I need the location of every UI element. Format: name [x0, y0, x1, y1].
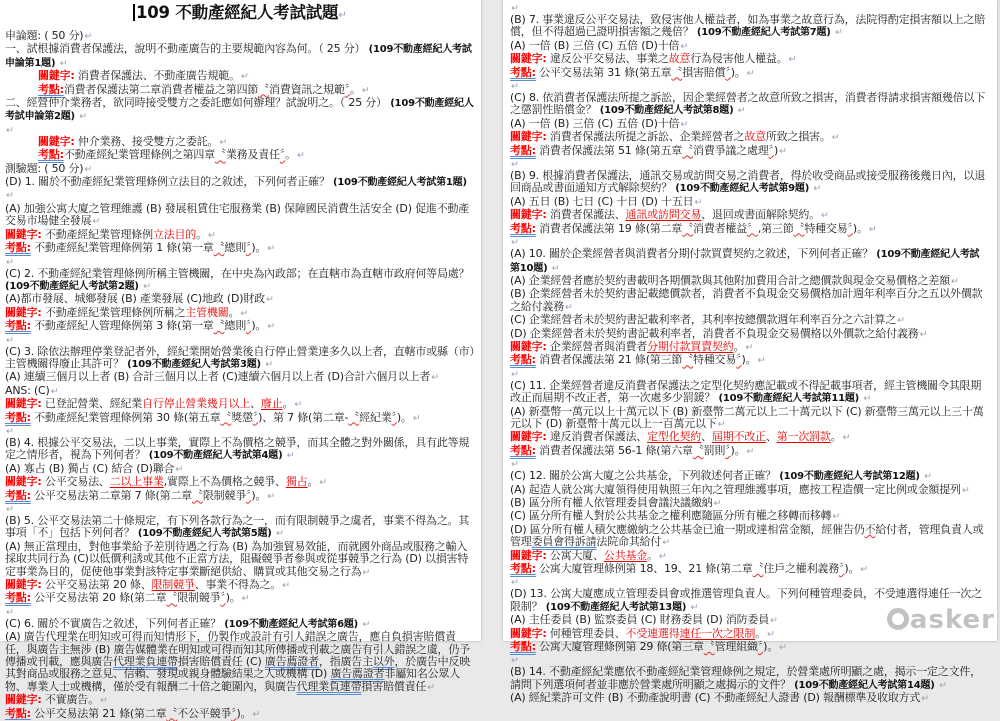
text-segment: 不動產經紀人管理條例第 3 條(第一章 [31, 319, 214, 332]
keyword-label: 關鍵字: [5, 306, 42, 319]
paragraph: 考點: 公寓大廈管理條例第 18、19、21 條(第二章〝住戶之權利義務〞)。 [510, 563, 987, 576]
paragraph: 考點: 不動產經紀業管理條例第 30 條(第五章〝獎懲〞)、第 7 條(第二章-… [5, 412, 475, 425]
exam-point-label: 考點: [510, 353, 536, 366]
text-segment: 法院命其給付 [596, 535, 661, 548]
paragraph: (B) 4. 根據公平交易法，二以上事業，實際上不為價格之競爭，而其全體之對外關… [5, 437, 475, 463]
text-segment: 不動產經紀業管理條例 [42, 228, 153, 241]
keyword-label: 關鍵字: [5, 397, 42, 410]
text-segment: (A) 一倍 (B) 三倍 (C) 五倍 (D)十倍 [510, 39, 679, 52]
text-segment: 、 [250, 397, 261, 410]
text-segment: 二、經營仲介業務者，欲同時接受雙方之委託應如何辦理？試說明之。（ 25 分） [5, 96, 390, 109]
highlight-red-underline: 廢止 [261, 397, 283, 410]
paragraph: 二、經營仲介業務者，欲同時接受雙方之委託應如何辦理？試說明之。（ 25 分） (… [5, 97, 475, 124]
text-segment: (C) 12. 關於公寓大廈之公共基金，下列敘述何者正確？ [510, 469, 779, 482]
page-1-content: 109 不動產經紀人考試試題↵ 申論題: ( 50 分)一、試根據消費者保護法，… [0, 0, 481, 635]
paragraph: 考點:不動產經紀業管理條例之第四章〝業務及責任〞。 [5, 149, 475, 162]
paragraph: 考點: 公平交易法第 20 條(第二章〝限制競爭〞)。 [5, 592, 475, 605]
text-segment: ,第三節 [758, 222, 794, 235]
wavy-proof-mark: 〝 [166, 591, 177, 604]
text-segment: 消費爭議之處理 [693, 144, 769, 157]
text-segment: )。 [844, 562, 859, 575]
wavy-proof-mark: 〝 [258, 83, 269, 96]
highlight-red-underline: 連任一次之限制 [680, 627, 756, 635]
text-segment: ) [774, 144, 778, 157]
text-segment [548, 261, 551, 274]
exam-reference: (109不動產經紀人考試第6題) [224, 619, 358, 630]
paragraph: (D) 1. 關於不動產經紀業管理條例立法目的之敘述，下列何者正確？ (109不… [5, 176, 475, 203]
text-segment: 不動產經紀業管理條例所稱之 [42, 306, 186, 319]
exam-point-label: 考點: [510, 222, 536, 235]
paragraph: 考點: 不動產經紀人管理條例第 3 條(第一章〝總則〞)。 [5, 320, 475, 333]
paragraph: 考點: 消費者保護法第 51 條(第五章〝消費爭議之處理〞) [510, 145, 987, 158]
text-segment: 公平交易法第 31 條(第五章 [536, 66, 672, 79]
paragraph: (A) 加強公寓大廈之管理維護 (B) 發展租賃住宅服務業 (B) 保障國民消費… [5, 203, 475, 229]
text-segment: 所致之損害。 [766, 130, 831, 143]
text-segment [686, 600, 689, 613]
wavy-proof-mark: 〝 [682, 222, 693, 235]
text-segment: 限制競爭 [177, 591, 220, 604]
exam-point-label: 考點: [5, 591, 31, 604]
text-segment: 消費者保護法第 21 條(第三節 [536, 353, 682, 366]
text-segment: 一、試根據消費者保護法，說明不動產廣告的主要規範內容為何。（ 25 分） [5, 42, 369, 55]
paragraph: (A) 新臺幣一萬元以上十萬元以下 (B) 新臺幣二萬元以上二十萬元以下 (C)… [510, 406, 987, 432]
page-2-content: (B) 7. 事業違反公平交易法，致侵害他人權益者，如為事業之故意行為，法院得酌… [503, 0, 997, 635]
wavy-proof-mark: 〝 [214, 319, 225, 332]
paragraph: (A)都市發展、城鄉發展 (B) 產業發展 (C)地政 (D)財政 [5, 293, 475, 306]
exam-point-label: 考點: [5, 319, 31, 332]
wavy-proof-mark: 〝 [753, 562, 764, 575]
text-segment: 何種管理委員、 [547, 627, 626, 635]
text-segment: (A) 連續三個月以上者 (B) 合計三個月以上者 (C)連續六個月以上者 (D… [5, 370, 430, 383]
page-2-paragraphs: (B) 7. 事業違反公平交易法，致侵害他人權益者，如為事業之故意行為，法院得酌… [510, 2, 987, 635]
tasker-watermark-text: asker [910, 605, 995, 635]
exam-point-label: 考點: [38, 148, 64, 161]
wavy-proof-mark: 〝 [215, 148, 226, 161]
text-segment [859, 391, 862, 404]
document-title-text: 109 不動產經紀人考試試題 [136, 3, 338, 22]
wavy-proof-mark: 〞 [747, 222, 758, 235]
text-segment: 消費者保護法第二章消費者權益之第四節 [64, 83, 258, 96]
paragraph: 關鍵字: 消費者保護法、通訊或訪問交易、退回或書面解除契約。 [510, 209, 987, 222]
paragraph: 關鍵字: 違反公平交易法、事業之故意行為侵害他人權益。 [510, 53, 987, 66]
text-segment [55, 56, 58, 69]
paragraph-mark: ↵ [338, 10, 346, 21]
text-segment: 總則 [224, 319, 246, 332]
text-segment: 。 [734, 340, 745, 353]
text-segment: 特種交易 [693, 353, 736, 366]
text-segment: 不動產經紀業管理條例第 30 條(第五章 [31, 411, 221, 424]
paragraph: (D) 區分所有權人積欠應繳納之公共基金已逾一期或達相當金額，經催告仍不給付者，… [510, 524, 987, 550]
paragraph: 考點: 不動產經紀業管理條例第 1 條(第一章〝總則〞)。 [5, 242, 475, 255]
tasker-logo-icon [887, 608, 909, 630]
keyword-label: 關鍵字: [510, 52, 547, 65]
text-segment: 。 [196, 228, 207, 241]
paragraph: (C) 8. 依消費者保護法所提之訴訟，因企業經營者之故意所致之損害，消費者得請… [510, 92, 987, 118]
wavy-proof-mark: 〝 [682, 144, 693, 157]
wavy-proof-mark: 〝 [693, 444, 704, 457]
document-page-2: (B) 7. 事業違反公平交易法，致侵害他人權益者，如為事業之故意行為，法院得酌… [503, 0, 997, 635]
paragraph: (B) 5. 公平交易法第二十條規定，有下列各款行為之一，而有限制競爭之虞者，事… [5, 515, 475, 541]
text-segment: )。 [731, 444, 746, 457]
keyword-label: 關鍵字: [38, 135, 75, 148]
text-segment: (A)都市發展、城鄉發展 (B) 產業發展 (C)地政 (D)財政 [5, 292, 265, 305]
keyword-label: 關鍵字: [38, 69, 75, 82]
text-segment [920, 469, 923, 482]
highlight-red-underline: 獨占 [286, 475, 308, 488]
keyword-label: 關鍵字: [5, 578, 42, 591]
wavy-proof-mark: 〝 [214, 241, 225, 254]
wavy-proof-mark: 〝 [192, 489, 203, 502]
text-segment: 損害賠償 [682, 66, 725, 79]
text-segment [282, 448, 285, 461]
text-segment: )。 [251, 241, 266, 254]
text-segment: 消費者保護法、不動產廣告規範。 [75, 69, 240, 82]
paragraph: (A) 無正當理由，對他事業給予差別待遇之行為 (B) 為加強貿易效能，而就國外… [5, 541, 475, 579]
paragraph: 考點: 公平交易法第 31 條(第五章〝損害賠償〞)。 [510, 67, 987, 80]
wavy-proof-mark: 〝 [348, 411, 359, 424]
text-segment [139, 279, 142, 292]
text-segment: 仲介業務、接受雙方之委託。 [75, 135, 219, 148]
wavy-proof-mark: 〝 [220, 411, 231, 424]
highlight-red-underline: 分期付款買賣契約 [647, 340, 733, 353]
text-segment: (A) 寡占 (B) 獨占 (C) 結合 (D)聯合 [5, 462, 174, 475]
text-segment: (C) 8. 依消費者保護法所提之訴訟，因企業經營者之故意所致之損害，消費者得請… [510, 91, 985, 116]
text-segment: 公平交易法第 20 條(第二章 [31, 591, 167, 604]
text-segment: (C) 區分所有權人對於公共基金之權利應隨區分所有權之移轉而移轉 [510, 509, 831, 522]
text-segment: 業務及責任 [226, 148, 280, 161]
exam-reference: (109不動產經紀人考試第5題) [138, 528, 272, 539]
keyword-label: 關鍵字: [5, 475, 42, 488]
text-segment: 消費者保護法第 56-1 條(第六章 [536, 444, 693, 457]
text-segment: 測驗題: ( 50 分) [5, 162, 83, 175]
exam-point-label: 考點: [510, 144, 536, 157]
text-segment: 、事業不得為之。 [195, 578, 281, 591]
text-segment: (A) 五日 (B) 七日 (C) 十日 (D) 十五日 [510, 195, 693, 208]
paragraph: (C) 企業經營者未於契約書記載利率者，其利率按總價款週年利率百分之六計算之 [510, 314, 987, 327]
text-segment: 獎懲 [231, 411, 253, 424]
text-segment: (C) 2. 不動產經紀業管理條例所稱主管機關，在中央為內政部；在直轄市為直轄市… [5, 267, 469, 280]
text-segment: 、 [701, 430, 712, 443]
paragraph: 關鍵字: 違反消費者保護法、定型化契約、屆期不改正、第一次罰款。 [510, 431, 987, 444]
text-segment: (A) 新臺幣一萬元以上十萬元以下 (B) 新臺幣二萬元以上二十萬元以下 (C)… [510, 405, 984, 430]
highlight-red-underline: 限制競爭 [152, 578, 195, 591]
text-segment: 特種交易 [804, 222, 847, 235]
exam-reference: (109不動產經紀人考試第2題) [5, 281, 139, 292]
text-segment: 消費者保護法第 51 條(第五章 [536, 144, 682, 157]
keyword-label: 關鍵字: [510, 340, 547, 353]
wavy-proof-mark: 〝 [671, 66, 682, 79]
exam-reference: (109不動產經紀人考試第12題) [779, 471, 920, 482]
exam-reference: (109不動產經紀人考試第13題) [546, 602, 687, 613]
highlight-red: 故意 [744, 130, 766, 143]
paragraph: 考點: 消費者保護法第 21 條(第三節〝特種交易〞)。 [510, 354, 987, 367]
text-segment: (A) 加強公寓大廈之管理維護 (B) 發展租賃住宅服務業 (B) 保障國民消費… [5, 202, 469, 227]
text-segment: 。 [285, 148, 296, 161]
text-segment: )。 [251, 489, 266, 502]
wavy-proof-mark: 〝 [794, 222, 805, 235]
text-segment: (C) 企業經營者未於契約書記載利率者，其利率按總價款週年利率百分之六計算之 [510, 313, 896, 326]
text-segment: (D) 區分所有權人積欠應繳納之公共基金已逾一期或達相當金額，經催告仍 [510, 523, 865, 536]
text-segment: (B) 企業經營者未於契約書記載總價款者，消費者不負現金交易價格加計週年利率百分… [510, 287, 982, 312]
highlight-red: 立法目的 [153, 228, 196, 241]
paragraph: 關鍵字: 消費者保護法所提之訴訟、企業經營者之故意所致之損害。 [510, 131, 987, 144]
keyword-label: 關鍵字: [5, 228, 42, 241]
exam-reference: (109不動產經紀人考試第4題) [149, 450, 283, 461]
paragraph: 關鍵字: 消費者保護法、不動產廣告規範。 [5, 70, 475, 83]
paragraph: (C) 區分所有權人對於公共基金之權利應隨區分所有權之移轉而移轉 [510, 510, 987, 523]
text-segment: (D) 企業經營者未於契約書記載利率者，消費者不負現金交易價格以外價款之給付義務 [510, 327, 919, 340]
text-segment: 。 [350, 83, 361, 96]
paragraph: (C) 2. 不動產經紀業管理條例所稱主管機關，在中央為內政部；在直轄市為直轄市… [5, 268, 475, 294]
text-segment [809, 181, 812, 194]
highlight-red-underline: 屆期不改正 [712, 430, 766, 443]
paragraph: (D) 企業經營者未於契約書記載利率者，消費者不負現金交易價格以外價款之給付義務 [510, 328, 987, 341]
text-segment: 公寓大廈管理條例第 18、19、21 條(第二章 [536, 562, 753, 575]
text-segment: 不動產經紀業管理條例之第四章 [64, 148, 215, 161]
text-segment: )。 [731, 66, 746, 79]
text-segment: 消費者權益 [693, 222, 747, 235]
text-segment: 消費者保護法所提之訴訟、企業經營者之 [547, 130, 745, 143]
document-title: 109 不動產經紀人考試試題↵ [5, 2, 475, 30]
tasker-watermark: asker [887, 605, 995, 635]
paragraph: 一、試根據消費者保護法，說明不動產廣告的主要規範內容為何。（ 25 分） (10… [5, 43, 475, 70]
text-segment: (A) 企業經營者應於契約書載明各期價款與其他附加費用合計之總價款與現金交易價格… [510, 274, 950, 287]
text-segment: (C) 6. 關於不實廣告之敘述，下列何者正確？ [5, 617, 224, 630]
grammar-check-underline: 委員會得訴請 [532, 535, 597, 548]
exam-reference: (109不動產經紀人考試第3題) [127, 359, 261, 370]
text-segment: (A) 一倍 (B) 三倍 (C) 五倍 (D)十倍 [510, 117, 679, 130]
highlight-red: 自行停止營業幾月以上 [142, 397, 250, 410]
document-page-1: 109 不動產經紀人考試試題↵ 申論題: ( 50 分)一、試根據消費者保護法，… [0, 0, 481, 635]
text-segment: 企業經營者與消費者 [547, 340, 648, 353]
text-segment: 公寓大廈、 [547, 549, 604, 562]
text-segment: 住戶之權利義務 [763, 562, 839, 575]
paragraph: (B) 7. 事業違反公平交易法，致侵害他人權益者，如為事業之故意行為，法院得酌… [510, 14, 987, 40]
highlight-red-underline: 通訊或訪問交易 [626, 208, 702, 221]
highlight-red-underline: 定型化契約 [647, 430, 701, 443]
paragraph: (B) 企業經營者未於契約書記載總價款者，消費者不負現金交易價格加計週年利率百分… [510, 288, 987, 314]
text-segment: (A) 起造人就公寓大廈領得使用執照三年內之管理維護事項，應按工程造價一定比例或… [510, 483, 961, 496]
paragraph: 考點: 公平交易法第二章第 7 條(第二章〝限制競爭〞)。 [5, 490, 475, 503]
paragraph: 關鍵字: 公平交易法、二以上事業,實際上不為價格之競爭、獨占。 [5, 476, 475, 489]
text-segment: 。 [283, 397, 294, 410]
exam-point-label: 考點: [510, 444, 536, 457]
paragraph: (A) 起造人就公寓大廈領得使用執照三年內之管理維護事項，應按工程造價一定比例或… [510, 484, 987, 497]
text-segment: )。 [226, 591, 241, 604]
exam-point-label: 考點: [5, 411, 31, 424]
text-segment: 。 [229, 306, 240, 319]
page-1-paragraphs: 申論題: ( 50 分)一、試根據消費者保護法，說明不動產廣告的主要規範內容為何… [5, 30, 475, 635]
highlight-red: 故意 [669, 52, 691, 65]
text-segment: 違反消費者保護法、 [547, 430, 648, 443]
text-segment: (A) 主任委員 (B) 監察委員 (C) 財務委員 (D) 消防委員 [510, 613, 769, 626]
highlight-red: 不受連選得 [626, 627, 680, 635]
text-segment: 違反公平交易法、事業之 [547, 52, 669, 65]
highlight-red-underline: 二以上事業 [110, 475, 164, 488]
exam-point-label: 考點: [5, 489, 31, 502]
keyword-label: 關鍵字: [510, 549, 547, 562]
wavy-proof-mark: 不 [865, 523, 876, 536]
text-segment: 申論題: ( 50 分) [5, 29, 83, 42]
exam-reference: (109不動產經紀人考試第8題) [600, 105, 734, 116]
keyword-label: 關鍵字: [510, 130, 547, 143]
text-segment [75, 109, 78, 122]
text-segment: 限制競爭 [203, 489, 246, 502]
keyword-label: 關鍵字: [510, 208, 547, 221]
text-segment: 經紀業 [359, 411, 391, 424]
text-segment: 。 [647, 549, 658, 562]
text-segment [261, 357, 264, 370]
exam-reference: (109不動產經紀人考試第9題) [675, 183, 809, 194]
text-segment: 行為侵害他人權益。 [690, 52, 787, 65]
paragraph: 考點: 消費者保護法第 56-1 條(第六章〝罰則〞)。 [510, 445, 987, 458]
text-caret [133, 4, 135, 21]
text-segment: 、退回或書面解除契約。 [701, 208, 820, 221]
text-segment: 已登記營業、經紀業 [42, 397, 143, 410]
exam-point-label: 考點: [38, 83, 64, 96]
paragraph: (A) 10. 關於企業經營者與消費者分期付款買賣契約之敘述，下列何者正確？ (… [510, 248, 987, 275]
text-segment: 。 [831, 430, 842, 443]
text-segment: ,實際上不為價格之競爭、 [164, 475, 286, 488]
keyword-label: 關鍵字: [510, 430, 547, 443]
text-segment: 、 [766, 430, 777, 443]
text-segment: (A) 廣告代理業在明知或可得而知情形下，仍製作或設計有引人錯誤之廣告，應自負損… [5, 630, 470, 635]
highlight-red: 主管機關 [185, 306, 228, 319]
text-segment: 不動產經紀業管理條例第 1 條(第一章 [31, 241, 214, 254]
wavy-proof-mark: 〝 [682, 353, 693, 366]
exam-point-label: 考點: [510, 562, 536, 575]
text-segment: (B) 區分所有權人依管理委員會議決議繳納 [510, 496, 712, 509]
exam-reference: (109不動產經紀人考試第11題) [719, 393, 860, 404]
text-segment: 。 [307, 475, 318, 488]
highlight-red-underline: 第一次罰款 [777, 430, 831, 443]
paragraph: (C) 12. 關於公寓大廈之公共基金，下列敘述何者正確？ (109不動產經紀人… [510, 470, 987, 483]
keyword-label: 關鍵字: [510, 627, 547, 635]
text-segment [272, 526, 275, 539]
text-segment: )、第 7 條(第二章- [258, 411, 348, 424]
highlight-red-underline: 公共基金 [604, 549, 647, 562]
exam-reference: (109不動產經紀人考試第7題) [697, 27, 831, 38]
text-segment [733, 103, 736, 116]
text-segment: 公平交易法第 20 條、 [42, 578, 152, 591]
text-segment: 消費資訊之規範 [269, 83, 345, 96]
text-segment: (A) 10. 關於企業經營者與消費者分期付款買賣契約之敘述，下列何者正確？ [510, 247, 876, 260]
text-segment: 公平交易法、 [42, 475, 110, 488]
exam-point-label: 考點: [510, 66, 536, 79]
paragraph: (C) 3. 除依法辦理停業登記者外，經紀業開始營業後自行停止營業達多久以上者，… [5, 346, 475, 372]
text-segment [831, 25, 834, 38]
exam-reference: (109不動產經紀人考試第1題) [333, 177, 467, 188]
text-segment: 總則 [224, 241, 246, 254]
text-segment: 公平交易法第二章第 7 條(第二章 [31, 489, 192, 502]
text-segment: ANS: (C) [5, 384, 50, 397]
text-segment: )。 [397, 411, 412, 424]
paragraph: 關鍵字: 已登記營業、經紀業自行停止營業幾月以上、廢止。 [5, 398, 475, 411]
paragraph: 考點: 消費者保護法第 19 條(第二章〝消費者權益〞,第三節〝特種交易〞)。 [510, 223, 987, 236]
text-segment: )。 [853, 222, 868, 235]
paragraph: (A) 連續三個月以上者 (B) 合計三個月以上者 (C)連續六個月以上者 (D… [5, 371, 475, 384]
text-segment: 。 [755, 627, 766, 635]
text-segment: )。 [742, 353, 757, 366]
exam-point-label: 考點: [5, 241, 31, 254]
paragraph: (C) 11. 企業經營者違反消費者保護法之定型化契約應記載或不得記載事項者，經… [510, 380, 987, 406]
paragraph: (A) 廣告代理業在明知或可得而知情形下，仍製作或設計有引人錯誤之廣告，應自負損… [5, 631, 475, 635]
text-segment: (D) 1. 關於不動產經紀業管理條例立法目的之敘述，下列何者正確？ [5, 175, 333, 188]
text-segment: )。 [251, 319, 266, 332]
text-segment [358, 617, 361, 630]
text-segment: 消費者保護法第 19 條(第二章 [536, 222, 682, 235]
paragraph: (B) 9. 根據消費者保護法，通訊交易或訪問交易之消費者，得於收受商品或接受服… [510, 170, 987, 196]
text-segment: 消費者保護法、 [547, 208, 626, 221]
text-segment: 罰則 [704, 444, 726, 457]
text-segment: (A) 無正當理由，對他事業給予差別待遇之行為 (B) 為加強貿易效能，而就國外… [5, 540, 468, 578]
